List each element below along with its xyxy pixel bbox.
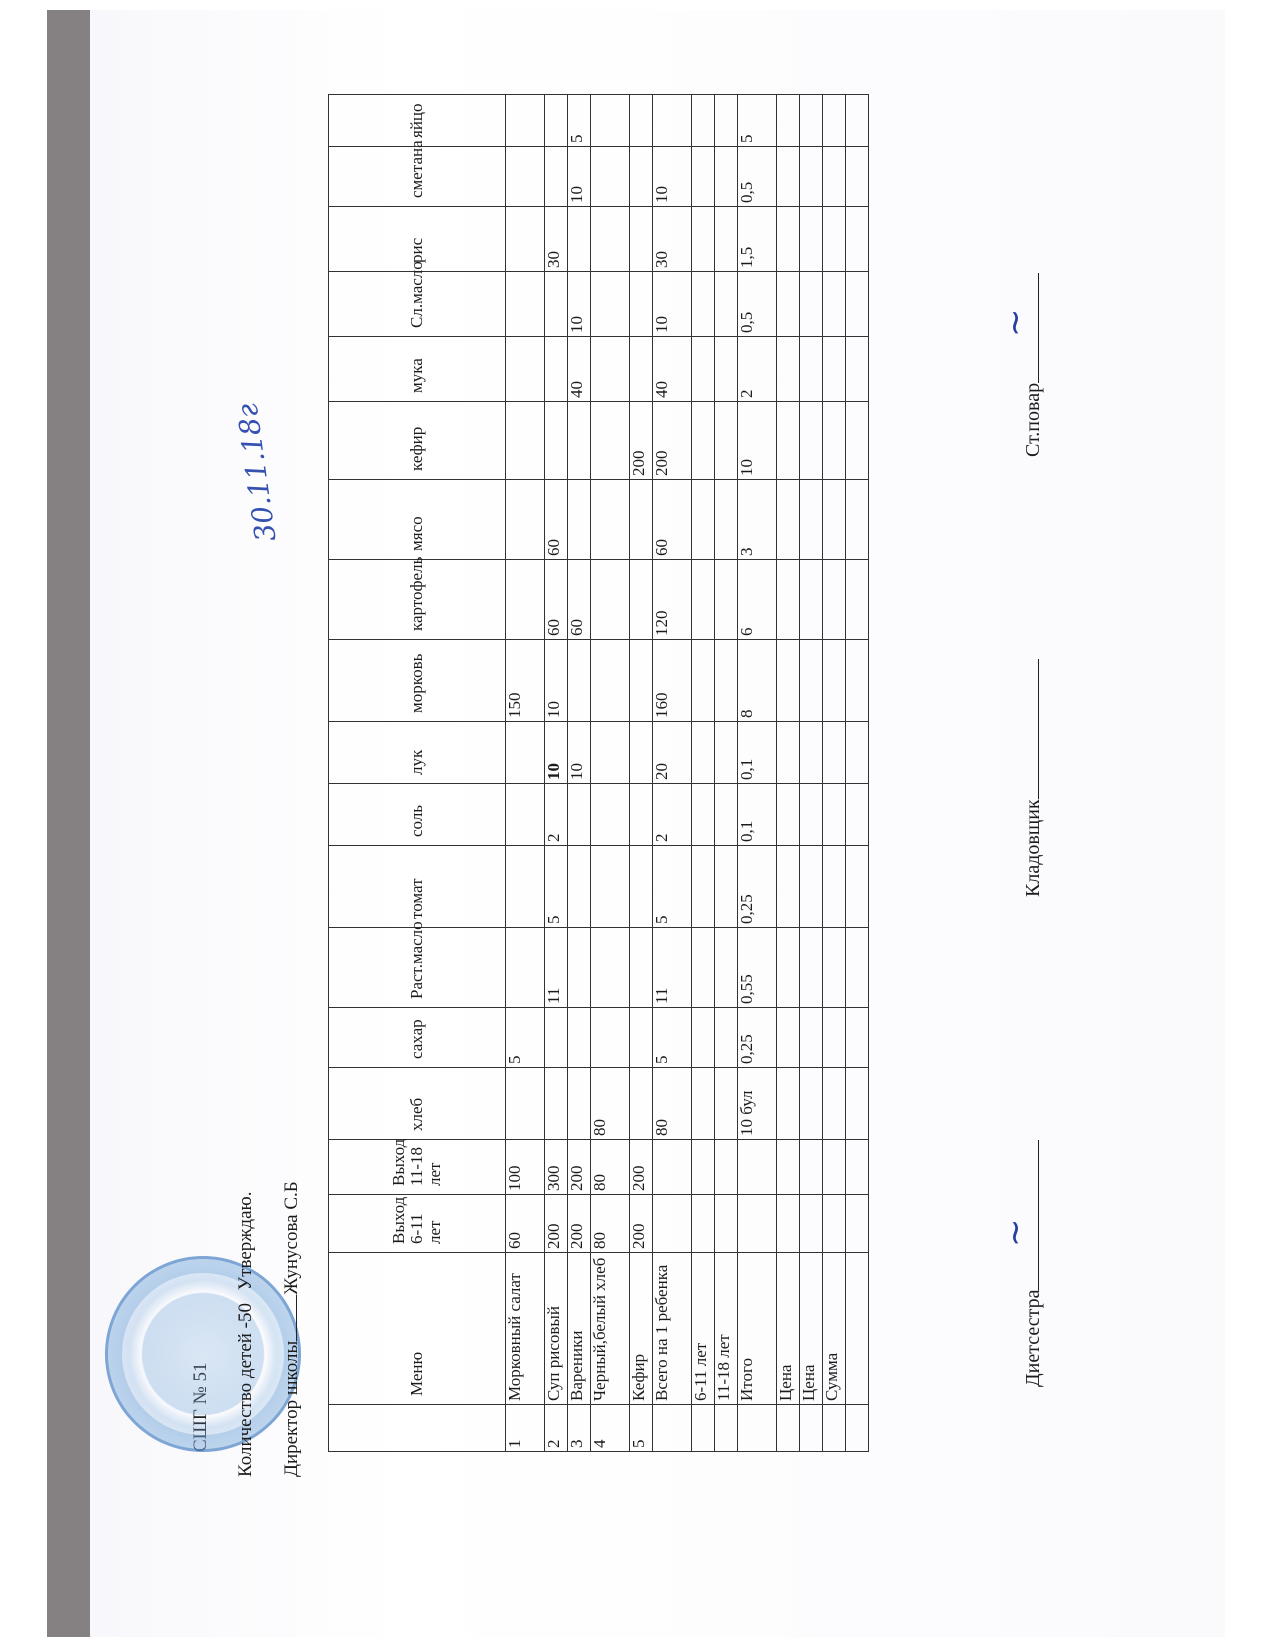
table-cell <box>823 1068 846 1140</box>
table-cell <box>800 1068 823 1140</box>
table-cell: 200 <box>545 1195 568 1253</box>
table-cell <box>800 402 823 480</box>
table-cell: 10 <box>568 147 591 207</box>
column-header: рис <box>329 207 506 272</box>
table-row: 1Морковный салат601005150 <box>506 95 545 1452</box>
table-cell <box>692 560 715 640</box>
table-cell <box>630 95 653 147</box>
table-cell <box>692 272 715 337</box>
column-header: сахар <box>329 1008 506 1068</box>
table-cell: 80 <box>591 1068 630 1140</box>
storekeeper-label: Кладовщик <box>1022 799 1044 897</box>
table-cell: 200 <box>568 1195 591 1253</box>
table-cell <box>715 784 738 846</box>
children-count-line: Количество детей -50 Утверждаю. <box>235 1192 257 1477</box>
scanner-edge-strip <box>47 10 90 1637</box>
table-cell <box>777 147 800 207</box>
dietsister-handwritten-signature: ~ <box>995 1219 1035 1248</box>
table-cell: 5 <box>653 1008 692 1068</box>
table-cell <box>591 95 630 147</box>
menu-item: Итого <box>738 1253 777 1405</box>
table-cell <box>692 480 715 560</box>
table-cell: 2 <box>653 784 692 846</box>
table-cell <box>715 1195 738 1253</box>
table-cell: 60 <box>568 560 591 640</box>
table-cell <box>823 337 846 402</box>
table-cell: 3 <box>738 480 777 560</box>
table-cell <box>846 1008 869 1068</box>
table-cell: 0,25 <box>738 846 777 928</box>
table-cell <box>653 1140 692 1195</box>
row-number: 3 <box>568 1405 591 1452</box>
table-cell <box>591 784 630 846</box>
table-cell: 60 <box>545 560 568 640</box>
row-number <box>846 1405 869 1452</box>
table-row <box>846 95 869 1452</box>
table-cell: 200 <box>630 1140 653 1195</box>
table-cell <box>630 722 653 784</box>
table-cell <box>715 207 738 272</box>
table-cell <box>846 560 869 640</box>
table-cell <box>846 337 869 402</box>
table-cell <box>823 1195 846 1253</box>
column-header: сметана <box>329 147 506 207</box>
table-cell <box>591 402 630 480</box>
table-cell <box>800 1140 823 1195</box>
row-number <box>653 1405 692 1452</box>
table-cell <box>715 846 738 928</box>
table-cell: 40 <box>653 337 692 402</box>
table-cell: 6 <box>738 560 777 640</box>
table-cell: 5 <box>545 846 568 928</box>
head-cook-handwritten-signature: ~ <box>995 309 1035 338</box>
director-label: Директор школы <box>281 1341 302 1477</box>
table-cell <box>800 337 823 402</box>
table-row: 2Суп рисовый20030011521010606030 <box>545 95 568 1452</box>
table-cell <box>823 640 846 722</box>
dietsister-signature: Диетсестра <box>1020 1140 1045 1387</box>
table-cell <box>777 846 800 928</box>
storekeeper-signature-line <box>1020 659 1039 799</box>
table-cell <box>823 846 846 928</box>
table-cell <box>630 147 653 207</box>
storekeeper-signature: Кладовщик <box>1020 659 1045 897</box>
table-cell <box>506 480 545 560</box>
table-cell <box>846 640 869 722</box>
table-cell <box>777 402 800 480</box>
head-cook-label: Ст.повар <box>1022 383 1044 457</box>
table-cell <box>506 560 545 640</box>
table-cell <box>777 928 800 1008</box>
table-cell <box>846 784 869 846</box>
table-cell <box>738 1195 777 1253</box>
table-cell <box>568 480 591 560</box>
table-cell <box>591 147 630 207</box>
table-cell: 5 <box>568 95 591 147</box>
table-cell <box>800 846 823 928</box>
table-cell <box>545 1068 568 1140</box>
table-cell <box>800 147 823 207</box>
table-cell: 150 <box>506 640 545 722</box>
table-row: Цена <box>777 95 800 1452</box>
table-cell <box>800 480 823 560</box>
table-cell: 200 <box>630 402 653 480</box>
table-cell <box>692 722 715 784</box>
table-cell: 300 <box>545 1140 568 1195</box>
dietsister-label: Диетсестра <box>1022 1290 1044 1387</box>
table-cell <box>715 402 738 480</box>
table-cell <box>715 95 738 147</box>
table-cell <box>591 480 630 560</box>
table-cell: 200 <box>630 1195 653 1253</box>
table-cell <box>568 402 591 480</box>
rotated-document: СШГ № 51 Количество детей -50 Утверждаю.… <box>90 10 1225 1637</box>
table-cell <box>692 1008 715 1068</box>
table-cell <box>506 402 545 480</box>
table-cell <box>568 928 591 1008</box>
table-cell <box>568 1008 591 1068</box>
table-cell <box>823 480 846 560</box>
column-header <box>329 1405 506 1452</box>
table-cell <box>692 928 715 1008</box>
table-cell: 80 <box>653 1068 692 1140</box>
table-cell <box>630 640 653 722</box>
table-cell <box>545 95 568 147</box>
table-cell <box>777 480 800 560</box>
table-cell <box>777 272 800 337</box>
table-cell <box>715 640 738 722</box>
table-cell <box>630 928 653 1008</box>
menu-item: Вареники <box>568 1253 591 1405</box>
table-cell <box>846 722 869 784</box>
table-cell: 200 <box>568 1140 591 1195</box>
table-cell <box>715 272 738 337</box>
table-cell: 8 <box>738 640 777 722</box>
table-cell: 0,5 <box>738 272 777 337</box>
table-cell <box>823 147 846 207</box>
table-cell <box>738 1140 777 1195</box>
table-cell <box>545 272 568 337</box>
table-cell <box>777 1068 800 1140</box>
table-cell <box>846 846 869 928</box>
table-cell <box>692 846 715 928</box>
table-cell <box>823 1140 846 1195</box>
handwritten-date: 30.11.18г <box>230 402 282 544</box>
table-cell <box>506 147 545 207</box>
table-cell <box>715 147 738 207</box>
row-number: 1 <box>506 1405 545 1452</box>
menu-item: 6-11 лет <box>692 1253 715 1405</box>
menu-table: МенюВыход 6-11 летВыход 11-18 летхлебсах… <box>328 94 869 1452</box>
table-cell: 10 <box>653 272 692 337</box>
table-cell: 120 <box>653 560 692 640</box>
table-cell <box>715 928 738 1008</box>
table-cell: 20 <box>653 722 692 784</box>
table-cell <box>506 1068 545 1140</box>
table-cell <box>715 480 738 560</box>
column-header: Выход 11-18 лет <box>329 1140 506 1195</box>
table-cell <box>591 640 630 722</box>
table-cell <box>545 402 568 480</box>
table-cell <box>800 1008 823 1068</box>
table-cell: 11 <box>545 928 568 1008</box>
dietsister-signature-line <box>1020 1140 1039 1290</box>
table-cell <box>630 207 653 272</box>
table-cell <box>630 272 653 337</box>
table-cell: 2 <box>545 784 568 846</box>
table-cell <box>506 337 545 402</box>
table-cell <box>800 722 823 784</box>
table-body: 1Морковный салат6010051502Суп рисовый200… <box>506 95 869 1452</box>
table-cell: 80 <box>591 1140 630 1195</box>
table-cell <box>823 784 846 846</box>
table-cell <box>777 1140 800 1195</box>
table-cell: 5 <box>738 95 777 147</box>
table-cell: 100 <box>506 1140 545 1195</box>
table-cell <box>630 480 653 560</box>
menu-item: Кефир <box>630 1253 653 1405</box>
table-cell <box>568 207 591 272</box>
table-cell <box>846 272 869 337</box>
approve-label: Утверждаю. <box>235 1192 256 1291</box>
table-cell <box>846 402 869 480</box>
column-header: Раст.масло <box>329 928 506 1008</box>
director-signature-line <box>280 1295 297 1341</box>
table-cell <box>568 846 591 928</box>
table-cell: 0,5 <box>738 147 777 207</box>
column-header: картофель <box>329 560 506 640</box>
table-row: Сумма <box>823 95 846 1452</box>
table-cell <box>823 402 846 480</box>
column-header: Сл.масло <box>329 272 506 337</box>
table-cell <box>568 1068 591 1140</box>
table-cell <box>692 1195 715 1253</box>
menu-item: Всего на 1 ребенка <box>653 1253 692 1405</box>
table-cell <box>823 1008 846 1068</box>
row-number <box>777 1405 800 1452</box>
table-cell <box>823 95 846 147</box>
table-cell <box>545 1008 568 1068</box>
table-cell <box>692 784 715 846</box>
table-cell: 10 <box>653 147 692 207</box>
row-number <box>800 1405 823 1452</box>
table-cell <box>777 95 800 147</box>
table-row: 4Черный,белый хлеб808080 <box>591 95 630 1452</box>
table-cell <box>823 560 846 640</box>
table-cell <box>506 272 545 337</box>
menu-item <box>846 1253 869 1405</box>
table-cell <box>715 1008 738 1068</box>
column-header: лук <box>329 722 506 784</box>
table-cell <box>591 1008 630 1068</box>
table-cell <box>846 928 869 1008</box>
table-cell: 1,5 <box>738 207 777 272</box>
table-row: 3Вареники20020010604010105 <box>568 95 591 1452</box>
table-cell <box>715 337 738 402</box>
column-header: соль <box>329 784 506 846</box>
table-cell <box>777 337 800 402</box>
table-cell <box>846 1140 869 1195</box>
table-cell: 0,1 <box>738 784 777 846</box>
table-cell <box>591 560 630 640</box>
table-cell <box>823 207 846 272</box>
table-cell <box>692 1140 715 1195</box>
table-cell <box>823 722 846 784</box>
row-number <box>823 1405 846 1452</box>
table-cell <box>545 147 568 207</box>
table-cell <box>800 560 823 640</box>
column-header: Меню <box>329 1253 506 1405</box>
table-cell <box>692 402 715 480</box>
table-cell <box>715 1068 738 1140</box>
row-number: 5 <box>630 1405 653 1452</box>
table-cell <box>692 1068 715 1140</box>
table-cell: 80 <box>591 1195 630 1253</box>
table-cell <box>630 337 653 402</box>
table-cell <box>715 722 738 784</box>
table-cell: 160 <box>653 640 692 722</box>
table-cell: 5 <box>653 846 692 928</box>
menu-item: Черный,белый хлеб <box>591 1253 630 1405</box>
table-cell: 10 <box>545 722 568 784</box>
head-cook-signature: Ст.повар <box>1020 273 1045 457</box>
table-row: Итого10 бул0,250,550,250,10,18631020,51,… <box>738 95 777 1452</box>
menu-item: Цена <box>800 1253 823 1405</box>
table-cell <box>568 784 591 846</box>
table-cell: 0,1 <box>738 722 777 784</box>
table-cell <box>692 337 715 402</box>
table-cell <box>653 95 692 147</box>
row-number <box>738 1405 777 1452</box>
table-cell <box>591 846 630 928</box>
table-cell <box>692 640 715 722</box>
table-cell: 2 <box>738 337 777 402</box>
table-cell <box>777 722 800 784</box>
table-cell: 60 <box>506 1195 545 1253</box>
table-cell: 10 <box>568 272 591 337</box>
table-cell <box>653 1195 692 1253</box>
table-cell <box>630 560 653 640</box>
table-cell: 200 <box>653 402 692 480</box>
table-cell <box>800 95 823 147</box>
table-cell: 5 <box>506 1008 545 1068</box>
table-cell <box>568 640 591 722</box>
table-cell <box>846 1068 869 1140</box>
table-cell <box>591 272 630 337</box>
table-cell <box>777 784 800 846</box>
menu-item: Сумма <box>823 1253 846 1405</box>
table-cell <box>800 1195 823 1253</box>
table-cell <box>506 928 545 1008</box>
column-header: яйцо <box>329 95 506 147</box>
table-cell <box>800 784 823 846</box>
menu-item: Суп рисовый <box>545 1253 568 1405</box>
table-cell <box>800 207 823 272</box>
table-cell <box>591 207 630 272</box>
table-row: 6-11 лет <box>692 95 715 1452</box>
table-cell <box>591 928 630 1008</box>
row-number: 4 <box>591 1405 630 1452</box>
table-cell: 60 <box>653 480 692 560</box>
column-header: морковь <box>329 640 506 722</box>
table-cell <box>846 95 869 147</box>
table-cell <box>715 1140 738 1195</box>
table-cell <box>715 560 738 640</box>
table-cell <box>545 337 568 402</box>
table-cell <box>823 928 846 1008</box>
table-row: 11-18 лет <box>715 95 738 1452</box>
table-cell: 40 <box>568 337 591 402</box>
table-cell <box>777 207 800 272</box>
table-cell <box>823 272 846 337</box>
director-name: Жунусова С.Б <box>281 1181 302 1294</box>
table-header-row: МенюВыход 6-11 летВыход 11-18 летхлебсах… <box>329 95 506 1452</box>
row-number <box>692 1405 715 1452</box>
table-cell: 10 бул <box>738 1068 777 1140</box>
menu-item: Морковный салат <box>506 1253 545 1405</box>
column-header: кефир <box>329 402 506 480</box>
table-cell <box>506 95 545 147</box>
table-cell <box>777 640 800 722</box>
table-cell: 10 <box>738 402 777 480</box>
table-row: Цена <box>800 95 823 1452</box>
official-stamp <box>105 1256 301 1452</box>
table-cell <box>506 207 545 272</box>
table-cell <box>777 1195 800 1253</box>
row-number: 2 <box>545 1405 568 1452</box>
column-header: мука <box>329 337 506 402</box>
table-cell <box>591 722 630 784</box>
menu-item: 11-18 лет <box>715 1253 738 1405</box>
table-cell <box>506 784 545 846</box>
column-header: томат <box>329 846 506 928</box>
row-number <box>715 1405 738 1452</box>
table-cell: 10 <box>545 640 568 722</box>
table-cell <box>692 207 715 272</box>
menu-item: Цена <box>777 1253 800 1405</box>
table-cell <box>692 95 715 147</box>
column-header: мясо <box>329 480 506 560</box>
table-cell <box>777 560 800 640</box>
table-cell <box>800 272 823 337</box>
column-header: Выход 6-11 лет <box>329 1195 506 1253</box>
table-cell <box>630 846 653 928</box>
table-cell <box>630 1008 653 1068</box>
table-cell <box>800 640 823 722</box>
table-row: Всего на 1 ребенка8051152201601206020040… <box>653 95 692 1452</box>
table-cell <box>630 784 653 846</box>
table-row: 5Кефир200200200 <box>630 95 653 1452</box>
table-cell: 0,55 <box>738 928 777 1008</box>
table-cell <box>630 1068 653 1140</box>
table-cell <box>692 147 715 207</box>
table-cell: 30 <box>653 207 692 272</box>
table-cell: 11 <box>653 928 692 1008</box>
table-cell <box>777 1008 800 1068</box>
table-cell <box>846 147 869 207</box>
table-cell <box>800 928 823 1008</box>
table-cell: 60 <box>545 480 568 560</box>
column-header: хлеб <box>329 1068 506 1140</box>
table-cell: 0,25 <box>738 1008 777 1068</box>
table-cell <box>846 480 869 560</box>
table-cell <box>846 207 869 272</box>
table-cell <box>846 1195 869 1253</box>
table-cell: 10 <box>568 722 591 784</box>
children-count: Количество детей -50 <box>235 1303 256 1477</box>
table-cell <box>506 722 545 784</box>
table-cell: 30 <box>545 207 568 272</box>
